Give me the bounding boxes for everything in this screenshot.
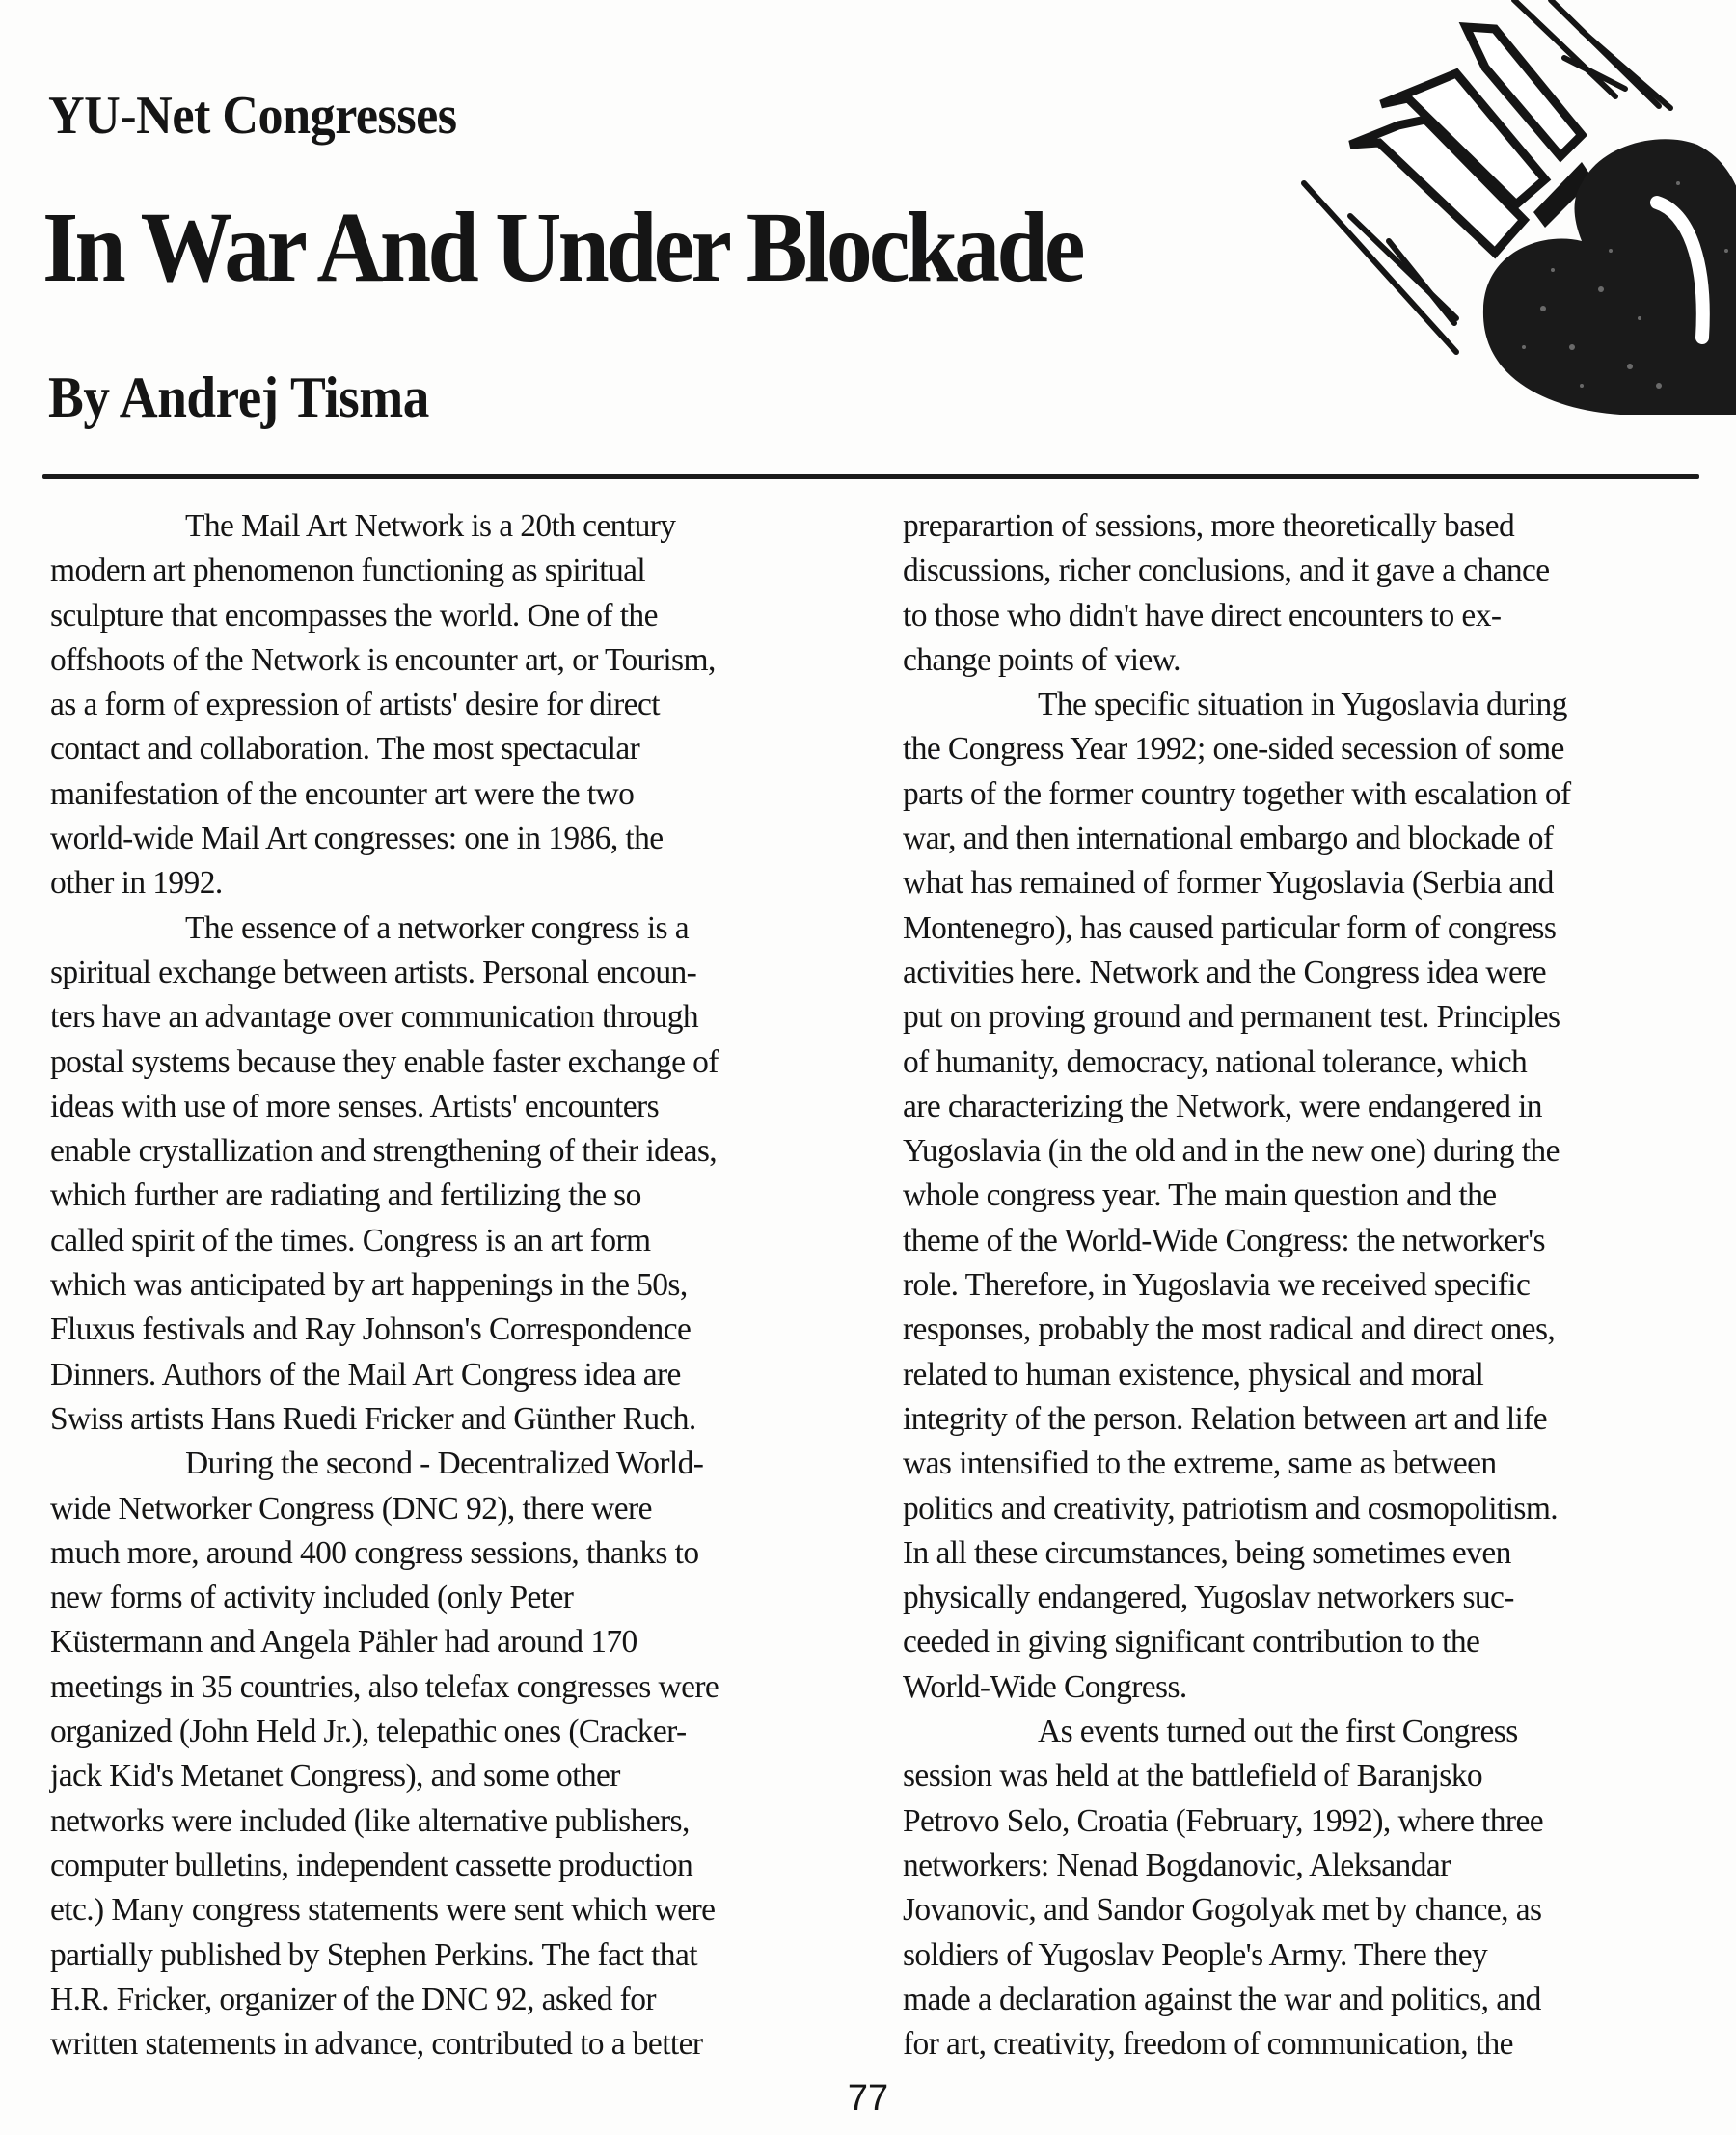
text-line: Montenegro), has caused particular form … bbox=[903, 906, 1703, 951]
paragraph-first-line: During the second - Decentralized World- bbox=[50, 1442, 860, 1486]
right-column: preparartion of sessions, more theoretic… bbox=[903, 504, 1703, 2067]
text-line: whole congress year. The main question a… bbox=[903, 1174, 1703, 1218]
text-line: which further are radiating and fertiliz… bbox=[50, 1174, 860, 1218]
text-line: soldiers of Yugoslav People's Army. Ther… bbox=[903, 1933, 1703, 1978]
text-line: postal systems because they enable faste… bbox=[50, 1040, 860, 1085]
text-line: other in 1992. bbox=[50, 861, 860, 905]
text-line: etc.) Many congress statements were sent… bbox=[50, 1888, 860, 1932]
text-line: H.R. Fricker, organizer of the DNC 92, a… bbox=[50, 1978, 860, 2022]
text-line: manifestation of the encounter art were … bbox=[50, 772, 860, 817]
text-line: integrity of the person. Relation betwee… bbox=[903, 1397, 1703, 1442]
left-column: The Mail Art Network is a 20th centurymo… bbox=[50, 504, 860, 2067]
text-line: which was anticipated by art happenings … bbox=[50, 1263, 860, 1308]
header-divider bbox=[42, 474, 1699, 479]
page-number: 77 bbox=[0, 2078, 1736, 2120]
text-line: wide Networker Congress (DNC 92), there … bbox=[50, 1487, 860, 1531]
text-line: related to human existence, physical and… bbox=[903, 1353, 1703, 1397]
text-line: Dinners. Authors of the Mail Art Congres… bbox=[50, 1353, 860, 1397]
text-line: ceeded in giving significant contributio… bbox=[903, 1620, 1703, 1664]
text-line: what has remained of former Yugoslavia (… bbox=[903, 861, 1703, 905]
text-line: put on proving ground and permanent test… bbox=[903, 995, 1703, 1040]
paragraph-first-line: The specific situation in Yugoslavia dur… bbox=[903, 683, 1703, 727]
text-line: partially published by Stephen Perkins. … bbox=[50, 1933, 860, 1978]
text-line: meetings in 35 countries, also telefax c… bbox=[50, 1665, 860, 1710]
paragraph-first-line: The Mail Art Network is a 20th century bbox=[50, 504, 860, 549]
text-line: sculpture that encompasses the world. On… bbox=[50, 594, 860, 638]
text-line: written statements in advance, contribut… bbox=[50, 2022, 860, 2067]
text-line: much more, around 400 congress sessions,… bbox=[50, 1531, 860, 1576]
arrow-pierced-heart-icon bbox=[1292, 0, 1736, 424]
text-line: the Congress Year 1992; one-sided secess… bbox=[903, 727, 1703, 771]
text-line: Yugoslavia (in the old and in the new on… bbox=[903, 1129, 1703, 1174]
text-line: preparartion of sessions, more theoretic… bbox=[903, 504, 1703, 549]
text-line: ideas with use of more senses. Artists' … bbox=[50, 1085, 860, 1129]
article-byline: By Andrej Tisma bbox=[48, 368, 429, 426]
magazine-page: YU-Net Congresses In War And Under Block… bbox=[0, 0, 1736, 2135]
text-line: offshoots of the Network is encounter ar… bbox=[50, 638, 860, 683]
text-line: responses, probably the most radical and… bbox=[903, 1308, 1703, 1352]
article-title: In War And Under Blockade bbox=[42, 198, 1082, 298]
text-line: activities here. Network and the Congres… bbox=[903, 951, 1703, 995]
text-line: ters have an advantage over communicatio… bbox=[50, 995, 860, 1040]
text-line: world-wide Mail Art congresses: one in 1… bbox=[50, 817, 860, 861]
text-line: called spirit of the times. Congress is … bbox=[50, 1219, 860, 1263]
paragraph-first-line: The essence of a networker congress is a bbox=[50, 906, 860, 951]
text-line: for art, creativity, freedom of communic… bbox=[903, 2022, 1703, 2067]
text-line: modern art phenomenon functioning as spi… bbox=[50, 549, 860, 593]
text-line: networks were included (like alternative… bbox=[50, 1799, 860, 1844]
text-line: organized (John Held Jr.), telepathic on… bbox=[50, 1710, 860, 1754]
text-line: to those who didn't have direct encounte… bbox=[903, 594, 1703, 638]
paragraph-first-line: As events turned out the first Congress bbox=[903, 1710, 1703, 1754]
text-line: enable crystallization and strengthening… bbox=[50, 1129, 860, 1174]
text-line: are characterizing the Network, were end… bbox=[903, 1085, 1703, 1129]
text-line: as a form of expression of artists' desi… bbox=[50, 683, 860, 727]
text-line: jack Kid's Metanet Congress), and some o… bbox=[50, 1754, 860, 1798]
text-line: physically endangered, Yugoslav networke… bbox=[903, 1576, 1703, 1620]
text-line: politics and creativity, patriotism and … bbox=[903, 1487, 1703, 1531]
text-line: contact and collaboration. The most spec… bbox=[50, 727, 860, 771]
text-line: war, and then international embargo and … bbox=[903, 817, 1703, 861]
text-line: Jovanovic, and Sandor Gogolyak met by ch… bbox=[903, 1888, 1703, 1932]
text-line: World-Wide Congress. bbox=[903, 1665, 1703, 1710]
text-line: In all these circumstances, being someti… bbox=[903, 1531, 1703, 1576]
text-line: was intensified to the extreme, same as … bbox=[903, 1442, 1703, 1486]
text-line: new forms of activity included (only Pet… bbox=[50, 1576, 860, 1620]
text-line: discussions, richer conclusions, and it … bbox=[903, 549, 1703, 593]
section-kicker: YU-Net Congresses bbox=[48, 89, 457, 143]
text-line: made a declaration against the war and p… bbox=[903, 1978, 1703, 2022]
text-line: session was held at the battlefield of B… bbox=[903, 1754, 1703, 1798]
text-line: role. Therefore, in Yugoslavia we receiv… bbox=[903, 1263, 1703, 1308]
text-line: networkers: Nenad Bogdanovic, Aleksandar bbox=[903, 1844, 1703, 1888]
text-line: spiritual exchange between artists. Pers… bbox=[50, 951, 860, 995]
text-line: Swiss artists Hans Ruedi Fricker and Gün… bbox=[50, 1397, 860, 1442]
text-line: of humanity, democracy, national toleran… bbox=[903, 1040, 1703, 1085]
text-line: theme of the World-Wide Congress: the ne… bbox=[903, 1219, 1703, 1263]
text-line: parts of the former country together wit… bbox=[903, 772, 1703, 817]
text-line: computer bulletins, independent cassette… bbox=[50, 1844, 860, 1888]
text-line: Fluxus festivals and Ray Johnson's Corre… bbox=[50, 1308, 860, 1352]
text-line: Petrovo Selo, Croatia (February, 1992), … bbox=[903, 1799, 1703, 1844]
text-line: change points of view. bbox=[903, 638, 1703, 683]
text-line: Küstermann and Angela Pähler had around … bbox=[50, 1620, 860, 1664]
